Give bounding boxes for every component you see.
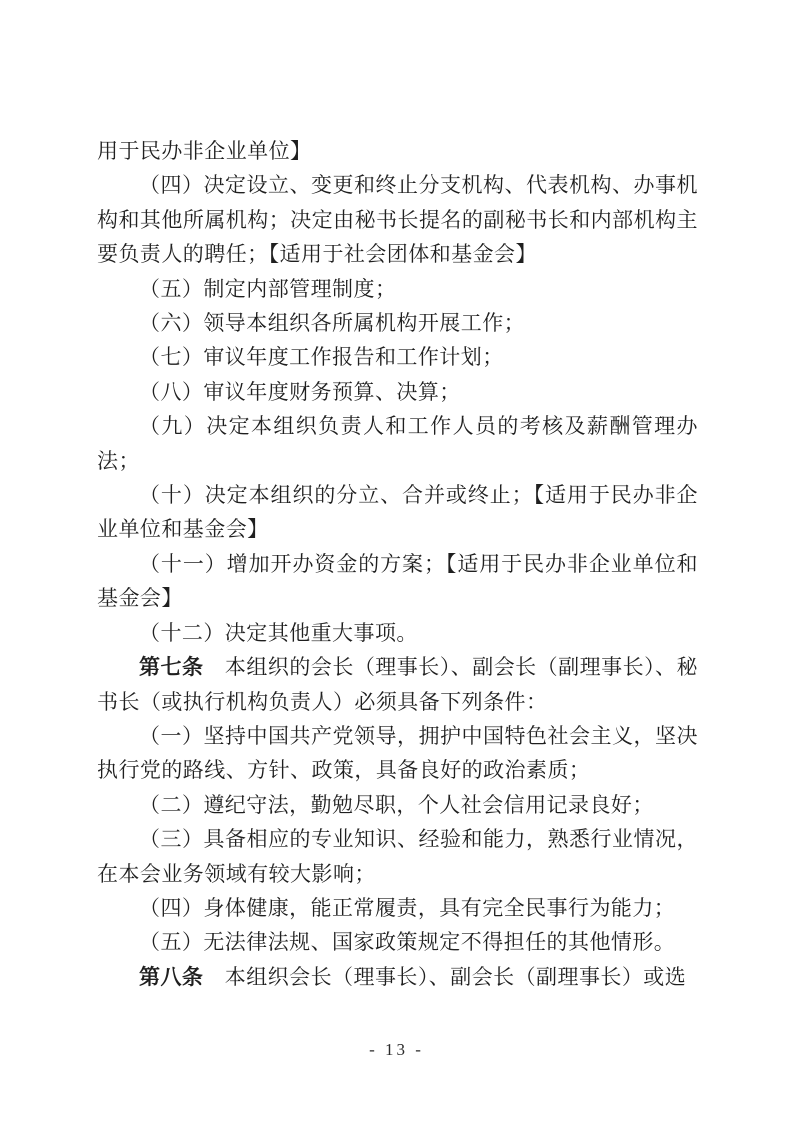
paragraph-text: （十二）决定其他重大事项。 (139, 621, 418, 645)
paragraph-text: （九）决定本组织负责人和工作人员的考核及薪酬管理办法； (97, 414, 698, 472)
clause-9: （九）决定本组织负责人和工作人员的考核及薪酬管理办法； (97, 409, 698, 478)
article-7-number: 第七条 (139, 655, 203, 679)
article-8: 第八条 本组织会长（理事长）、副会长（副理事长）或选 (97, 960, 698, 994)
condition-3: （三）具备相应的专业知识、经验和能力，熟悉行业情况，在本会业务领域有较大影响； (97, 822, 698, 891)
paragraph-text: （二）遵纪守法，勤勉尽职，个人社会信用记录良好； (139, 793, 654, 817)
article-8-number: 第八条 (139, 965, 203, 989)
document-page: 用于民办非企业单位】 （四）决定设立、变更和终止分支机构、代表机构、办事机构和其… (0, 0, 793, 1122)
paragraph-text: 本组织会长（理事长）、副会长（副理事长）或选 (203, 965, 686, 989)
clause-6: （六）领导本组织各所属机构开展工作； (97, 306, 698, 340)
clause-7: （七）审议年度工作报告和工作计划； (97, 340, 698, 374)
paragraph-text: （十）决定本组织的分立、合并或终止；【适用于民办非企业单位和基金会】 (97, 483, 698, 541)
paragraph-text: （六）领导本组织各所属机构开展工作； (139, 311, 525, 335)
paragraph-text: （一）坚持中国共产党领导，拥护中国特色社会主义，坚决执行党的路线、方针、政策，具… (97, 724, 698, 782)
clause-8: （八）审议年度财务预算、决算； (97, 375, 698, 409)
paragraph-text: （五）无法律法规、国家政策规定不得担任的其他情形。 (139, 930, 675, 954)
document-body: 用于民办非企业单位】 （四）决定设立、变更和终止分支机构、代表机构、办事机构和其… (97, 134, 698, 994)
paragraph-text: （四）决定设立、变更和终止分支机构、代表机构、办事机构和其他所属机构；决定由秘书… (97, 173, 698, 266)
condition-1: （一）坚持中国共产党领导，拥护中国特色社会主义，坚决执行党的路线、方针、政策，具… (97, 719, 698, 788)
article-7: 第七条 本组织的会长（理事长）、副会长（副理事长）、秘书长（或执行机构负责人）必… (97, 650, 698, 719)
condition-4: （四）身体健康，能正常履责，具有完全民事行为能力； (97, 891, 698, 925)
paragraph-text: （三）具备相应的专业知识、经验和能力，熟悉行业情况，在本会业务领域有较大影响； (97, 827, 698, 885)
paragraph-continuation: 用于民办非企业单位】 (97, 134, 698, 168)
condition-5: （五）无法律法规、国家政策规定不得担任的其他情形。 (97, 925, 698, 959)
condition-2: （二）遵纪守法，勤勉尽职，个人社会信用记录良好； (97, 788, 698, 822)
paragraph-text: （八）审议年度财务预算、决算； (139, 380, 461, 404)
paragraph-text: （七）审议年度工作报告和工作计划； (139, 345, 504, 369)
clause-12: （十二）决定其他重大事项。 (97, 616, 698, 650)
paragraph-text: （五）制定内部管理制度； (139, 277, 396, 301)
clause-10: （十）决定本组织的分立、合并或终止；【适用于民办非企业单位和基金会】 (97, 478, 698, 547)
clause-11: （十一）增加开办资金的方案；【适用于民办非企业单位和基金会】 (97, 547, 698, 616)
page-number: - 13 - (0, 1040, 793, 1060)
paragraph-text: （四）身体健康，能正常履责，具有完全民事行为能力； (139, 896, 675, 920)
paragraph-text: （十一）增加开办资金的方案；【适用于民办非企业单位和基金会】 (97, 552, 698, 610)
clause-5: （五）制定内部管理制度； (97, 272, 698, 306)
clause-4: （四）决定设立、变更和终止分支机构、代表机构、办事机构和其他所属机构；决定由秘书… (97, 168, 698, 271)
paragraph-text: 用于民办非企业单位】 (97, 139, 312, 163)
